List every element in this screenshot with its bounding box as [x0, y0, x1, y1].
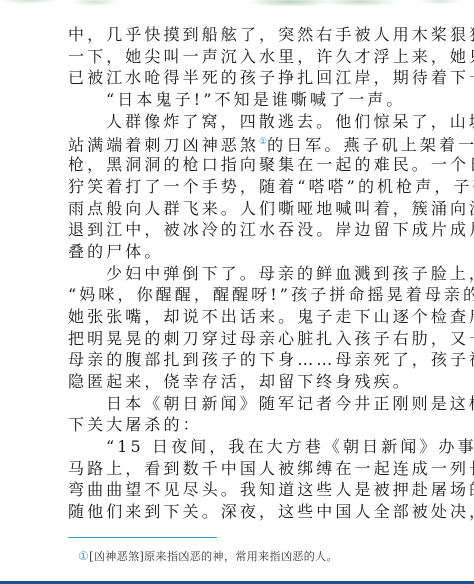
text-line: 隐匿起来，侥幸存活，却留下终身残疾。 [68, 371, 418, 393]
text-segment: 的日军。燕子矶上架着一排机关 [267, 136, 474, 155]
footnote: ①[凶神恶煞]原来指凶恶的神，常用来指凶恶的人。 [78, 549, 338, 564]
text-line: 她张张嘴，却说不出话来。鬼子走下山逐个检查尸体。一 [68, 306, 418, 328]
text-line: 母亲的腹部扎到孩子的下身……母亲死了，孩子被收尸工 [68, 349, 418, 371]
text-line: “15 日夜间，我在大方巷《朝日新闻》办事处前的 [68, 436, 418, 458]
text-line: 中，几乎快摸到船舷了，突然右手被人用木桨狠狠地砸了 [68, 24, 418, 46]
footnote-divider [68, 537, 217, 538]
text-line: 日本《朝日新闻》随军记者今井正刚则是这样叙述 [68, 393, 418, 415]
article-body: 中，几乎快摸到船舷了，突然右手被人用木桨狠狠地砸了 一下，她尖叫一声沉入水里，许… [68, 24, 418, 523]
text-line: 少妇中弹倒下了。母亲的鲜血溅到孩子脸上，身上。 [68, 263, 418, 285]
text-line-with-footnote: 站满端着刺刀凶神恶煞①的日军。燕子矶上架着一排机关 [68, 132, 418, 154]
text-line: 枪，黑洞洞的枪口指向聚集在一起的难民。一个日本军官 [68, 154, 418, 176]
text-line: 一下，她尖叫一声沉入水里，许久才浮上来，她只好抱着 [68, 46, 418, 68]
footnote-text: [凶神恶煞]原来指凶恶的神，常用来指凶恶的人。 [89, 550, 338, 563]
footnote-number: ① [78, 549, 89, 563]
text-line: 雨点般向人群飞来。人们嘶哑地喊叫着，簇涌向江边，直 [68, 198, 418, 220]
text-line: 退到江中，被冰冷的江水吞没。岸边留下成片成片层层叠 [68, 219, 418, 241]
text-segment: 站满端着刺刀凶神恶煞 [68, 136, 259, 155]
text-line: 叠的尸体。 [68, 241, 418, 263]
text-line: 马路上，看到数千中国人被绑缚在一起连成一列长阵，弯 [68, 458, 418, 480]
top-watercolor-decoration [0, 0, 474, 9]
text-line: 把明晃晃的刺刀穿过母亲心脏扎入孩子右肋，又一刀穿透 [68, 328, 418, 350]
text-line: 已被江水呛得半死的孩子挣扎回江岸，期待着下一条船。 [68, 67, 418, 89]
text-line: 随他们来到下关。深夜，这些中国人全部被处决，码头 [68, 501, 418, 523]
text-line: 人群像炸了窝，四散逃去。他们惊呆了，山坡上早已 [68, 111, 418, 133]
text-line: 下关大屠杀的： [68, 414, 418, 436]
text-line: “妈咪，你醒醒，醒醒呀!”孩子拼命摇晃着母亲的手。 [68, 284, 418, 306]
text-line: “日本鬼子!”不知是谁嘶喊了一声。 [68, 89, 418, 111]
text-line: 狞笑着打了一个手势，随着“嗒嗒”的机枪声，子弹像 [68, 176, 418, 198]
footnote-marker-link[interactable]: ① [259, 137, 267, 147]
text-line: 弯曲曲望不见尽头。我知道这些人是被押赴屠场的，便尾 [68, 479, 418, 501]
